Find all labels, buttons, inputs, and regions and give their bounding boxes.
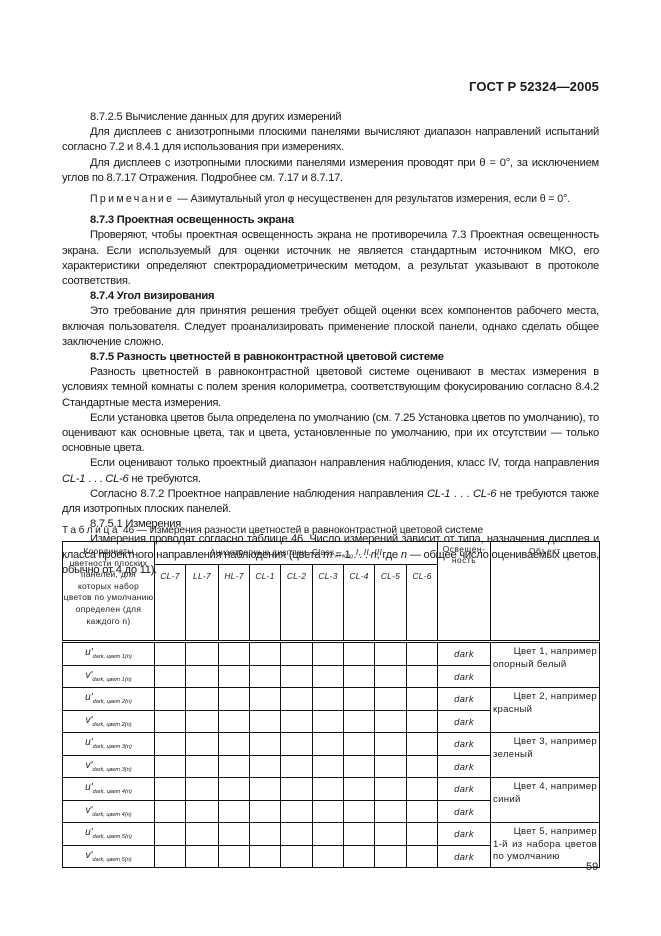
document-code: ГОСТ Р 52324—2005 <box>469 79 599 94</box>
value-cell <box>313 665 344 688</box>
value-cell <box>155 665 186 688</box>
col-header-direction: CL-2 <box>281 565 313 642</box>
value-cell <box>407 800 438 823</box>
value-cell <box>344 688 375 711</box>
value-cell <box>281 800 313 823</box>
value-cell <box>219 823 250 846</box>
value-cell <box>407 755 438 778</box>
value-cell <box>375 755 407 778</box>
value-cell <box>281 710 313 733</box>
table-caption: Таблица 46 — Измерения разности цветност… <box>62 525 483 536</box>
table-row: u'dark, цвет 2(n)darkЦвет 2, напримеркра… <box>63 688 600 711</box>
text: . . . <box>85 473 105 485</box>
value-cell <box>186 642 219 666</box>
table-row: u'dark, цвет 1(n)darkЦвет 1, напримеропо… <box>63 642 600 666</box>
value-cell <box>250 755 281 778</box>
value-cell <box>250 710 281 733</box>
value-cell <box>344 755 375 778</box>
value-cell <box>375 823 407 846</box>
col-header-direction: CL-5 <box>375 565 407 642</box>
value-cell <box>219 688 250 711</box>
coordinate-cell: u'dark, цвет 3(n) <box>63 733 155 756</box>
value-cell <box>407 665 438 688</box>
coordinate-cell: v'dark, цвет 3(n) <box>63 755 155 778</box>
value-cell <box>155 733 186 756</box>
value-cell <box>281 755 313 778</box>
illuminance-cell: dark <box>438 823 491 846</box>
illuminance-cell: dark <box>438 778 491 801</box>
value-cell <box>219 845 250 868</box>
value-cell <box>407 688 438 711</box>
value-cell <box>186 755 219 778</box>
coordinate-symbol: u' <box>85 782 92 793</box>
measurements-table: Координаты цветности плоских панелей, дл… <box>62 541 600 868</box>
coordinate-cell: v'dark, цвет 5(n) <box>63 845 155 868</box>
note: Примечание — Азимутальный угол φ несущес… <box>62 192 599 207</box>
value-cell <box>344 823 375 846</box>
value-cell <box>155 710 186 733</box>
col-header-anisotropic: Анизотропные дисплеи, Classviewing I, II… <box>155 542 438 565</box>
value-cell <box>250 845 281 868</box>
value-cell <box>313 755 344 778</box>
value-cell <box>375 710 407 733</box>
note-text: — Азимутальный угол φ несущественен для … <box>174 193 570 205</box>
value-cell <box>155 823 186 846</box>
value-cell <box>155 755 186 778</box>
coordinate-subscript: dark, цвет 4(n) <box>92 812 131 818</box>
value-cell <box>281 733 313 756</box>
direction-ref: CL-1 <box>427 488 450 500</box>
object-description: синий <box>493 794 521 805</box>
value-cell <box>344 845 375 868</box>
value-cell <box>407 778 438 801</box>
value-cell <box>219 733 250 756</box>
paragraph: Если оценивают только проектный диапазон… <box>62 456 599 486</box>
value-cell <box>375 845 407 868</box>
col-header-coordinates: Координаты цветности плоских панелей, дл… <box>63 542 155 642</box>
object-title: Цвет 3, например <box>493 736 597 749</box>
value-cell <box>186 845 219 868</box>
col-header-direction: CL-7 <box>155 565 186 642</box>
value-cell <box>250 733 281 756</box>
value-cell <box>407 845 438 868</box>
illuminance-cell: dark <box>438 800 491 823</box>
value-cell <box>155 845 186 868</box>
col-header-direction: CL-6 <box>407 565 438 642</box>
value-cell <box>219 665 250 688</box>
paragraph: Проверяют, чтобы проектная освещенность … <box>62 228 599 289</box>
value-cell <box>344 665 375 688</box>
value-cell <box>344 733 375 756</box>
direction-ref: CL-1 <box>62 473 85 485</box>
paragraph: Разность цветностей в равноконтрастной ц… <box>62 365 599 411</box>
coordinate-cell: v'dark, цвет 1(n) <box>63 665 155 688</box>
coordinate-subscript: dark, цвет 1(n) <box>93 654 132 660</box>
coordinate-subscript: dark, цвет 5(n) <box>93 834 132 840</box>
object-title: Цвет 5, например <box>493 826 597 839</box>
object-cell: Цвет 1, напримеропорный белый <box>491 642 600 688</box>
value-cell <box>219 710 250 733</box>
value-cell <box>281 778 313 801</box>
value-cell <box>407 823 438 846</box>
coordinate-subscript: dark, цвет 3(n) <box>92 767 131 773</box>
value-cell <box>186 688 219 711</box>
illuminance-cell: dark <box>438 845 491 868</box>
table-row: u'dark, цвет 4(n)darkЦвет 4, напримерсин… <box>63 778 600 801</box>
value-cell <box>155 688 186 711</box>
illuminance-cell: dark <box>438 733 491 756</box>
value-cell <box>375 642 407 666</box>
col-header-illuminance: Освещен-ность <box>438 542 491 642</box>
value-cell <box>313 845 344 868</box>
value-cell <box>250 778 281 801</box>
value-cell <box>155 800 186 823</box>
coordinate-subscript: dark, цвет 4(n) <box>93 789 132 795</box>
illuminance-cell: dark <box>438 710 491 733</box>
illuminance-cell: dark <box>438 642 491 666</box>
text: Если оценивают только проектный диапазон… <box>90 457 599 469</box>
value-cell <box>313 823 344 846</box>
value-cell <box>186 733 219 756</box>
value-cell <box>375 733 407 756</box>
value-cell <box>186 665 219 688</box>
value-cell <box>219 800 250 823</box>
object-cell: Цвет 4, напримерсиний <box>491 778 600 823</box>
value-cell <box>344 778 375 801</box>
value-cell <box>344 642 375 666</box>
direction-ref: CL-6 <box>473 488 496 500</box>
value-cell <box>250 823 281 846</box>
coordinate-cell: v'dark, цвет 4(n) <box>63 800 155 823</box>
col-header-direction: CL-1 <box>250 565 281 642</box>
value-cell <box>313 710 344 733</box>
object-description: 1-й из набора цветов по умолчанию <box>493 839 597 863</box>
object-cell: Цвет 2, напримеркрасный <box>491 688 600 733</box>
object-title: Цвет 2, например <box>493 691 597 704</box>
coordinate-cell: u'dark, цвет 4(n) <box>63 778 155 801</box>
text: viewing <box>334 553 353 559</box>
text: не требуются. <box>129 473 201 485</box>
paragraph: Для дисплеев с изотропными плоскими пане… <box>62 156 599 186</box>
object-cell: Цвет 3, напримерзеленый <box>491 733 600 778</box>
value-cell <box>344 710 375 733</box>
col-header-direction: CL-3 <box>313 565 344 642</box>
value-cell <box>155 642 186 666</box>
value-cell <box>186 800 219 823</box>
value-cell <box>375 688 407 711</box>
caption-label: Таблица <box>62 525 120 536</box>
coordinate-symbol: u' <box>85 737 92 748</box>
value-cell <box>407 642 438 666</box>
direction-ref: CL-6 <box>105 473 128 485</box>
text: Анизотропные дисплеи, Class <box>210 547 335 557</box>
value-cell <box>186 823 219 846</box>
value-cell <box>281 665 313 688</box>
value-cell <box>250 642 281 666</box>
object-description: опорный белый <box>493 659 567 670</box>
value-cell <box>313 778 344 801</box>
value-cell <box>250 665 281 688</box>
value-cell <box>375 800 407 823</box>
coordinate-cell: v'dark, цвет 2(n) <box>63 710 155 733</box>
col-header-direction: LL-7 <box>186 565 219 642</box>
object-title: Цвет 1, например <box>493 646 597 659</box>
coordinate-symbol: u' <box>85 647 92 658</box>
coordinate-subscript: dark, цвет 3(n) <box>93 744 132 750</box>
coordinate-subscript: dark, цвет 5(n) <box>92 857 131 863</box>
coordinate-cell: u'dark, цвет 2(n) <box>63 688 155 711</box>
coordinate-subscript: dark, цвет 1(n) <box>92 677 131 683</box>
value-cell <box>281 642 313 666</box>
value-cell <box>155 778 186 801</box>
document-body: 8.7.2.5 Вычисление данных для других изм… <box>62 110 599 578</box>
value-cell <box>219 778 250 801</box>
value-cell <box>281 823 313 846</box>
value-cell <box>375 665 407 688</box>
value-cell <box>186 710 219 733</box>
text: Согласно 8.7.2 Проектное направление наб… <box>90 488 427 500</box>
value-cell <box>313 800 344 823</box>
value-cell <box>250 800 281 823</box>
table-row: u'dark, цвет 5(n)darkЦвет 5, например1-й… <box>63 823 600 846</box>
caption-text: 46 — Измерения разности цветностей в рав… <box>120 525 483 536</box>
value-cell <box>219 642 250 666</box>
text: I, II, III <box>353 547 382 557</box>
object-description: зеленый <box>493 749 533 760</box>
paragraph: Согласно 8.7.2 Проектное направление наб… <box>62 487 599 517</box>
col-header-object: Объект <box>491 542 600 642</box>
paragraph: Если установка цветов была определена по… <box>62 411 599 457</box>
coordinate-symbol: u' <box>85 692 92 703</box>
text: . . . <box>450 488 473 500</box>
coordinate-symbol: u' <box>85 827 92 838</box>
note-label: Примечание <box>90 193 174 205</box>
table-row: u'dark, цвет 3(n)darkЦвет 3, напримерзел… <box>63 733 600 756</box>
value-cell <box>407 710 438 733</box>
value-cell <box>313 642 344 666</box>
object-cell: Цвет 5, например1-й из набора цветов по … <box>491 823 600 868</box>
illuminance-cell: dark <box>438 665 491 688</box>
section-8-7-5-heading: 8.7.5 Разность цветностей в равноконтрас… <box>62 350 599 365</box>
section-8-7-2-5-title: 8.7.2.5 Вычисление данных для других изм… <box>62 110 599 125</box>
section-8-7-3-heading: 8.7.3 Проектная освещенность экрана <box>62 213 599 228</box>
value-cell <box>186 778 219 801</box>
value-cell <box>313 688 344 711</box>
illuminance-cell: dark <box>438 755 491 778</box>
object-description: красный <box>493 704 532 715</box>
object-title: Цвет 4, например <box>493 781 597 794</box>
illuminance-cell: dark <box>438 688 491 711</box>
col-header-direction: HL-7 <box>219 565 250 642</box>
paragraph: Для дисплеев с анизотропными плоскими па… <box>62 125 599 155</box>
value-cell <box>281 845 313 868</box>
coordinate-subscript: dark, цвет 2(n) <box>93 699 132 705</box>
value-cell <box>281 688 313 711</box>
value-cell <box>250 688 281 711</box>
coordinate-cell: u'dark, цвет 1(n) <box>63 642 155 666</box>
value-cell <box>219 755 250 778</box>
value-cell <box>407 733 438 756</box>
page-number: 59 <box>586 861 598 873</box>
section-8-7-4-heading: 8.7.4 Угол визирования <box>62 289 599 304</box>
coordinate-cell: u'dark, цвет 5(n) <box>63 823 155 846</box>
value-cell <box>313 733 344 756</box>
col-header-direction: CL-4 <box>344 565 375 642</box>
value-cell <box>344 800 375 823</box>
paragraph: Это требование для принятия решения треб… <box>62 304 599 350</box>
coordinate-subscript: dark, цвет 2(n) <box>92 722 131 728</box>
value-cell <box>375 778 407 801</box>
